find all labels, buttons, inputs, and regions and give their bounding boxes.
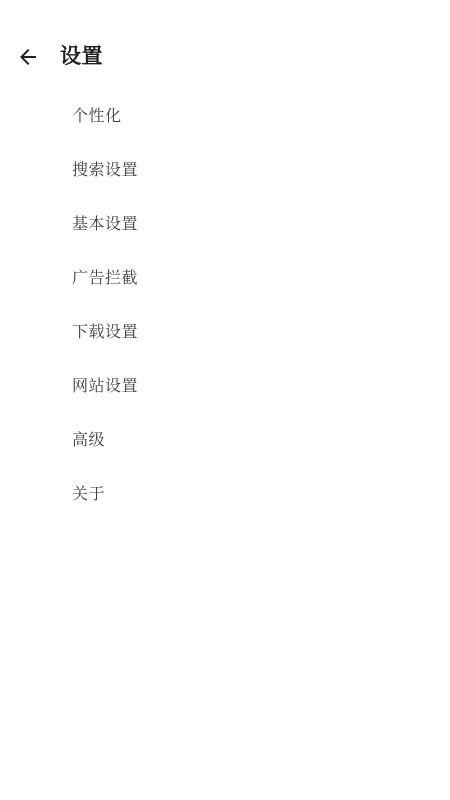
back-button[interactable]	[16, 45, 40, 69]
settings-item-label: 个性化	[72, 103, 122, 126]
settings-item-label: 网站设置	[72, 373, 138, 396]
settings-item-basic-settings[interactable]: 基本设置	[0, 195, 450, 249]
settings-item-label: 关于	[72, 481, 105, 504]
settings-item-personalization[interactable]: 个性化	[0, 87, 450, 141]
settings-item-label: 高级	[72, 427, 105, 450]
settings-item-website-settings[interactable]: 网站设置	[0, 357, 450, 411]
page-title: 设置	[60, 45, 103, 69]
settings-item-label: 下载设置	[72, 319, 138, 342]
settings-item-label: 广告拦截	[72, 265, 138, 288]
settings-item-about[interactable]: 关于	[0, 465, 450, 519]
settings-item-advanced[interactable]: 高级	[0, 411, 450, 465]
settings-screen: 设置 个性化 搜索设置 基本设置 广告拦截 下载设置 网站设置 高级 关于	[0, 0, 450, 800]
settings-item-label: 搜索设置	[72, 157, 138, 180]
settings-list: 个性化 搜索设置 基本设置 广告拦截 下载设置 网站设置 高级 关于	[0, 87, 450, 519]
settings-item-search-settings[interactable]: 搜索设置	[0, 141, 450, 195]
settings-item-label: 基本设置	[72, 211, 138, 234]
settings-item-download-settings[interactable]: 下载设置	[0, 303, 450, 357]
header: 设置	[0, 0, 450, 69]
arrow-left-icon	[16, 45, 40, 69]
settings-item-ad-block[interactable]: 广告拦截	[0, 249, 450, 303]
